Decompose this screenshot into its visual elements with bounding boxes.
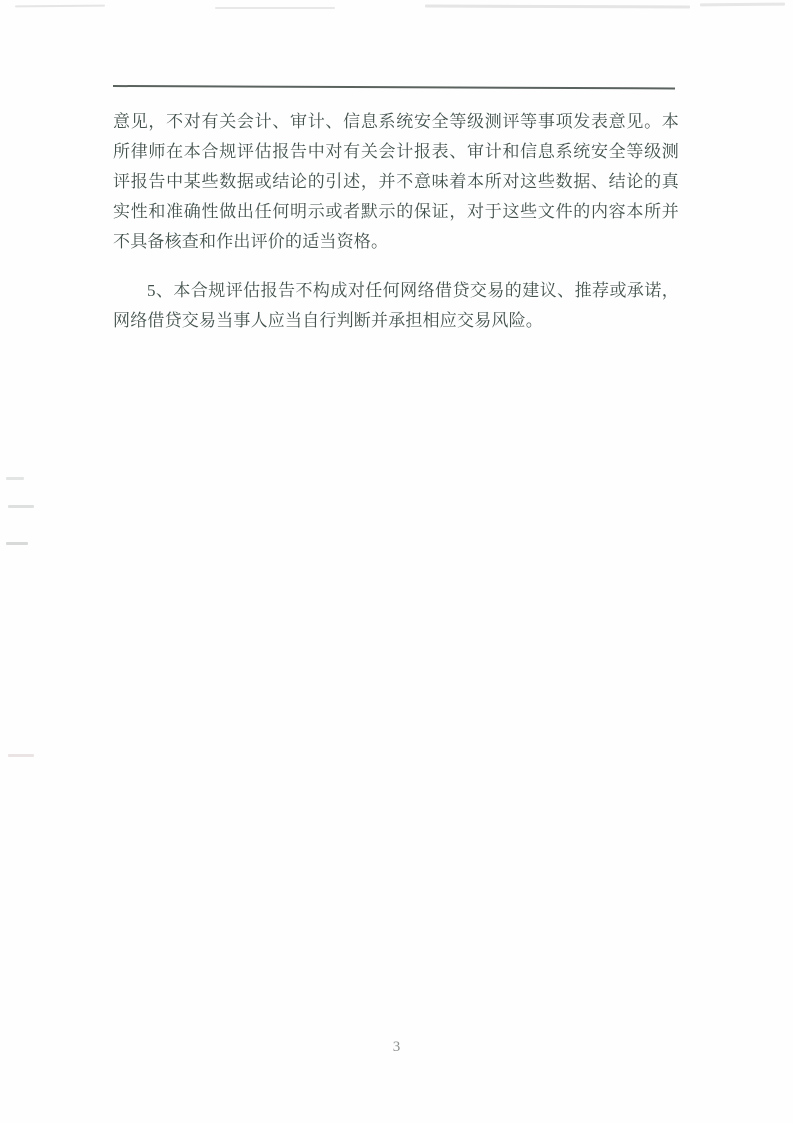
scan-artifact-top [700, 3, 785, 7]
paragraph-item-5: 5、本合规评估报告不构成对任何网络借贷交易的建议、推荐或承诺，网络借贷交易当事人… [113, 276, 679, 336]
scanned-document-page: 意见，不对有关会计、审计、信息系统安全等级测评等事项发表意见。本所律师在本合规评… [0, 0, 793, 1123]
page-number: 3 [0, 1039, 793, 1056]
scan-artifact-top [15, 5, 105, 8]
scan-artifact-top [425, 5, 690, 9]
scan-artifact-left-margin [6, 542, 28, 545]
header-divider-rule [113, 85, 675, 89]
scan-artifact-left-margin [8, 505, 34, 508]
scan-artifact-top [215, 7, 335, 9]
document-body-text: 意见，不对有关会计、审计、信息系统安全等级测评等事项发表意见。本所律师在本合规评… [113, 107, 679, 336]
scan-artifact-left-margin [8, 754, 34, 757]
scan-artifact-left-margin [6, 477, 24, 480]
paragraph-disclaimer-continuation: 意见，不对有关会计、审计、信息系统安全等级测评等事项发表意见。本所律师在本合规评… [113, 107, 679, 257]
